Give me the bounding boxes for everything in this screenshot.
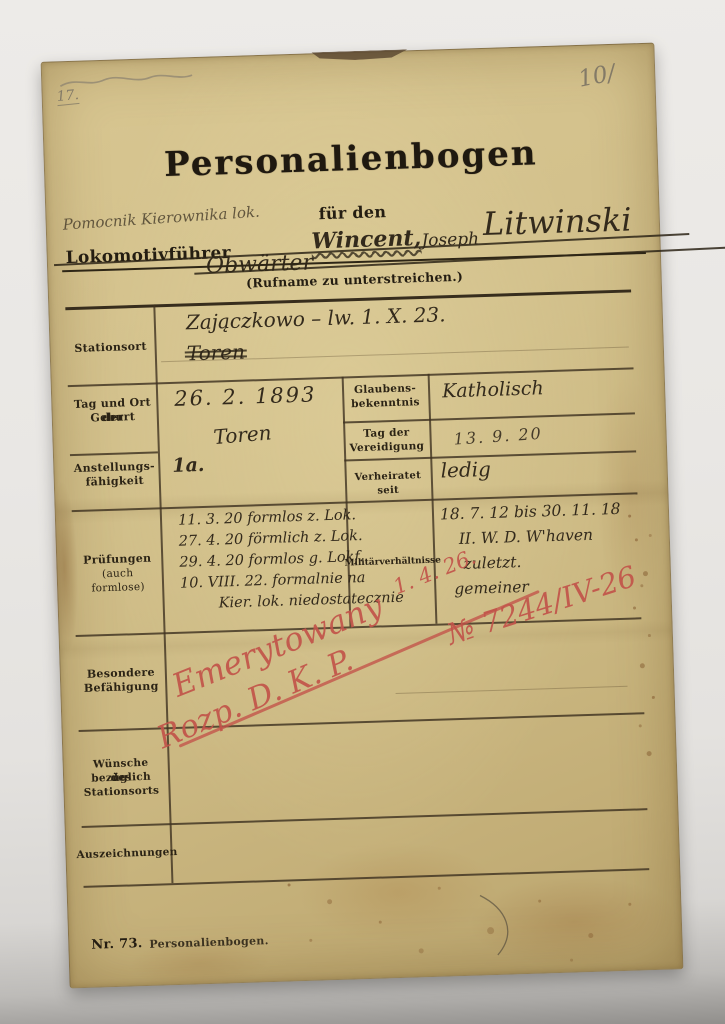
label-glaubens-2: bekenntnis (342, 395, 428, 412)
label-stationsort: Stationsort (66, 339, 154, 356)
name-middle: Joseph (421, 229, 479, 251)
value-anstellung: 1a. (172, 454, 205, 477)
document-photo: 17. 10/ Personalienbogen für den Pomocni… (0, 0, 725, 1024)
label-wuensche-2: des Stationsorts (72, 769, 171, 800)
table-bottom-rule (83, 868, 649, 887)
value-stationsort-struck: Toren (186, 340, 245, 366)
value-geburt-date: 26. 2. 1893 (174, 382, 317, 410)
name-call: Wincent, (311, 225, 422, 254)
label-geburt-2: Geburt (69, 409, 157, 426)
pencil-number-top-left: 17. (56, 87, 80, 106)
hair-fiber (466, 890, 528, 962)
speckles-right-edge (628, 515, 631, 518)
form-number: Nr. 73. (91, 936, 143, 953)
pencil-role-note: Pomocnik Kierownika lok. (62, 203, 260, 234)
guide-line (396, 686, 628, 694)
speckles-bottom (288, 883, 291, 886)
form-name: Personalienbogen. (149, 934, 269, 951)
label-besondere-2: Befähigung (77, 679, 165, 696)
torn-edge-notch (309, 49, 409, 61)
label-pruefungen-2: (auch formlose) (74, 565, 163, 596)
sub-rule-right1 (343, 412, 635, 423)
label-auszeichnungen: Auszeichnungen (76, 845, 170, 862)
name-last: Litwinski (482, 200, 632, 243)
value-stationsort: Zajączkowo – lw. 1. X. 23. (185, 302, 445, 334)
pencil-page-number: 10/ (576, 60, 617, 92)
value-verheiratet: ledig (440, 457, 491, 483)
label-vereidigung-2: Vereidigung (344, 439, 430, 456)
value-vereidigung: 13. 9. 20 (453, 424, 543, 449)
label-verheiratet: Verheiratet seit (343, 469, 434, 500)
form-title: Personalienbogen (44, 130, 657, 189)
row-rule (82, 808, 648, 827)
sub-rule-label-col (70, 451, 158, 455)
value-geburt-place: Toren (213, 420, 273, 449)
label-anstellung-2: fähigkeit (71, 473, 159, 490)
value-glaubens: Katholisch (442, 377, 544, 402)
personalienbogen-sheet: 17. 10/ Personalienbogen für den Pomocni… (41, 43, 684, 989)
